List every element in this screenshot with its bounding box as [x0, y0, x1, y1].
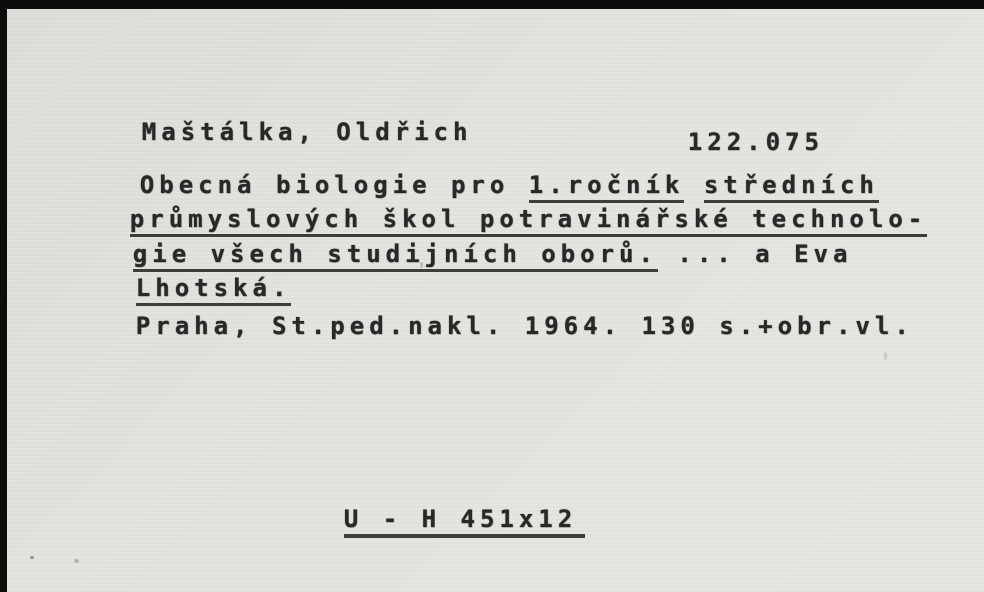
- paper-speck: [420, 262, 423, 268]
- scan-edge-left: [0, 0, 7, 592]
- scan-edge-top: [0, 0, 984, 9]
- author-name: Maštálka, Oldřich: [142, 118, 473, 146]
- signature-text: U - H 451x12: [344, 505, 585, 538]
- signature-line: U - H 451x12: [266, 477, 585, 561]
- paper-speck: [884, 352, 887, 360]
- paper-speck: [74, 559, 79, 563]
- catalog-card: Maštálka, Oldřich 122.075 Obecná biologi…: [0, 0, 984, 592]
- title-line3-rest: ... a Eva: [658, 240, 853, 268]
- imprint-line: Praha, St.ped.nakl. 1964. 130 s.+obr.vl.: [58, 284, 914, 368]
- imprint-text: Praha, St.ped.nakl. 1964. 130 s.+obr.vl.: [136, 312, 914, 340]
- paper-speck: [30, 556, 34, 559]
